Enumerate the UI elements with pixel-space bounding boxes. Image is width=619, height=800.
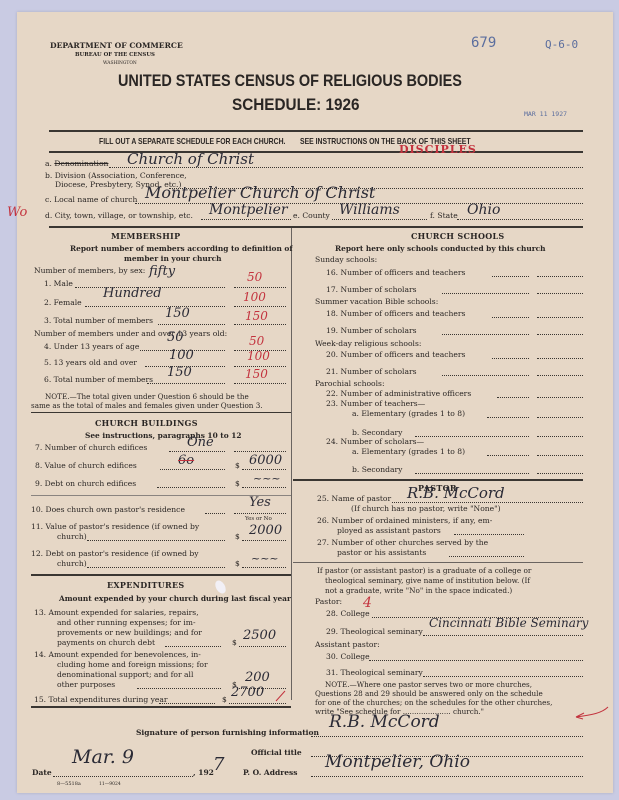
year-prefix: , 192 (193, 768, 214, 777)
q24a-field[interactable] (487, 455, 529, 456)
q27-label: 27. Number of other churches served by t… (317, 538, 488, 547)
total-checked: 150 (245, 309, 268, 323)
field-line (242, 487, 286, 488)
edifice-value-struck: 6o (178, 453, 194, 468)
q17-label: 17. Number of scholars (326, 285, 417, 294)
q25-label: 25. Name of pastor (317, 494, 391, 503)
field-line (229, 703, 286, 704)
q24a-label: a. Elementary (grades 1 to 8) (352, 447, 465, 456)
currency-sign: $ (235, 479, 240, 488)
q21-field-2[interactable] (537, 375, 583, 376)
field-line (87, 540, 225, 541)
q29-label: 29. Theological seminary (326, 627, 423, 636)
pastor-note-2: Questions 28 and 29 should be answered o… (315, 689, 543, 698)
q17-field[interactable] (442, 293, 529, 294)
city-value[interactable]: Montpelier (209, 202, 288, 218)
field-line (234, 324, 286, 325)
female-checked: 100 (243, 290, 266, 304)
row-label: church) (57, 532, 87, 541)
currency-sign: $ (235, 461, 240, 470)
expenditures-heading: EXPENDITURES (107, 580, 184, 590)
by-sex-label: Number of members, by sex: (34, 266, 145, 275)
field-line (234, 451, 286, 452)
row-label: denominational support; and for all (57, 670, 193, 679)
total-written[interactable]: 150 (165, 306, 190, 321)
edifice-debt-value[interactable]: ~~~ (253, 472, 281, 485)
q24-label: 24. Number of scholars— (326, 437, 424, 446)
row-label: 3. Total number of members (44, 316, 153, 325)
row-label: 7. Number of church edifices (35, 443, 147, 452)
summer-schools-label: Summer vacation Bible schools: (315, 297, 438, 306)
county-value[interactable]: Williams (339, 202, 400, 218)
form-number: 8—5518a (57, 781, 81, 787)
field-line (53, 776, 193, 777)
q21-field[interactable] (442, 375, 529, 376)
total-members-checked: 150 (245, 367, 268, 381)
graduate-instructions: If pastor (or assistant pastor) is a gra… (317, 566, 531, 575)
date-value[interactable]: Mar. 9 (72, 746, 134, 768)
q28-red-mark: 4 (363, 595, 372, 611)
field-line (169, 451, 225, 452)
field-line (234, 383, 286, 384)
margin-mark: Wo (7, 205, 27, 220)
serial-number: 679 (471, 35, 496, 51)
row-label: provements or new buildings; and for (57, 628, 202, 637)
q27-field[interactable] (449, 556, 524, 557)
row-label: church) (57, 559, 87, 568)
over-13-written[interactable]: 100 (169, 348, 194, 363)
field-line (242, 469, 286, 470)
q19-field-2[interactable] (537, 334, 583, 335)
currency-sign: $ (235, 532, 240, 541)
schedule-title: SCHEDULE: 1926 (232, 95, 360, 115)
q24b-label: b. Secondary (352, 465, 402, 474)
q31-label: 31. Theological seminary (326, 668, 423, 677)
state-value[interactable]: Ohio (467, 202, 500, 218)
graduate-instructions-2: theological seminary, give name of insti… (325, 576, 530, 585)
po-address-value[interactable]: Montpelier, Ohio (325, 752, 470, 772)
seminary-value[interactable]: Cincinnati Bible Seminary (429, 616, 588, 630)
divider (49, 130, 583, 132)
pastor-note-3: for one of the churches; on the schedule… (315, 698, 552, 707)
over-13-checked: 100 (247, 349, 270, 363)
graduate-instructions-3: not a graduate, write "No" in the space … (325, 586, 512, 595)
row-label: other purposes (57, 680, 115, 689)
male-written[interactable]: fifty (149, 264, 175, 279)
red-arrow-icon (572, 705, 612, 721)
q26-field[interactable] (454, 534, 524, 535)
membership-subtitle-2: member in your church (124, 254, 222, 263)
field-line (457, 219, 583, 220)
column-divider (291, 228, 292, 700)
residence-debt-value[interactable]: ~~~ (251, 552, 279, 565)
red-check-icon (275, 689, 287, 703)
field-line (332, 219, 427, 220)
red-annotation-stamp: DISCIPLES (399, 143, 477, 156)
membership-heading: MEMBERSHIP (111, 231, 180, 241)
official-title-label: Official title (251, 748, 302, 757)
field-line (87, 567, 225, 568)
q20-field-2[interactable] (537, 358, 583, 359)
q24a-field-2[interactable] (537, 455, 583, 456)
total-members-written[interactable]: 150 (167, 365, 192, 380)
row-label: 6. Total number of members (44, 375, 153, 384)
under-13-written[interactable]: 50 (167, 330, 184, 345)
local-name-label: c. Local name of church (45, 195, 137, 204)
field-line (242, 567, 286, 568)
q17-field-2[interactable] (537, 293, 583, 294)
residence-value[interactable]: 2000 (249, 523, 282, 538)
pastor-subheading: Pastor: (315, 597, 342, 606)
field-line (311, 776, 583, 777)
male-checked: 50 (247, 270, 262, 284)
q23a-field-2[interactable] (537, 417, 583, 418)
schools-subtitle: Report here only schools conducted by th… (335, 244, 546, 253)
row-label: 1. Male (44, 279, 73, 288)
currency-sign: $ (235, 559, 240, 568)
q26-label: 26. Number of ordained ministers, if any… (317, 516, 492, 525)
q24b-field[interactable] (415, 473, 529, 474)
state-label: f. State (430, 211, 458, 220)
q27-label-2: pastor or his assistants (337, 548, 426, 557)
expenditures-subtitle: Amount expended by your church during la… (59, 594, 291, 603)
q26-label-2: ployed as assistant pastors (337, 526, 441, 535)
q22-label: 22. Number of administrative officers (326, 389, 471, 398)
sunday-schools-label: Sunday schools: (315, 255, 377, 264)
field-line (234, 287, 286, 288)
q16-field-2[interactable] (537, 276, 583, 277)
city-label: d. City, town, village, or township, etc… (45, 211, 193, 220)
form-code: Q-6-0 (545, 38, 578, 51)
q21-label: 21. Number of scholars (326, 367, 417, 376)
q23b-field-2[interactable] (537, 436, 583, 437)
q20-field[interactable] (492, 358, 529, 359)
local-name-value[interactable]: Montpelier Church of Christ (145, 183, 375, 202)
membership-subtitle: Report number of members according to de… (70, 244, 293, 253)
row-label: 15. Total expenditures during year (34, 695, 168, 704)
field-line (85, 306, 225, 307)
q18-field[interactable] (492, 317, 529, 318)
q24b-field-2[interactable] (537, 473, 583, 474)
q18-field-2[interactable] (537, 317, 583, 318)
q25-hint: (If church has no pastor, write "None") (351, 504, 501, 513)
divider (31, 706, 291, 708)
field-line (201, 219, 291, 220)
row-label: and other running expenses; for im- (57, 618, 196, 627)
row-label: 10. Does church own pastor's residence (31, 505, 185, 514)
census-form-sheet: DEPARTMENT OF COMMERCE BUREAU OF THE CEN… (17, 12, 613, 793)
year-value[interactable]: 7 (213, 754, 224, 775)
county-label: e. County (293, 211, 330, 220)
q22-field[interactable] (497, 397, 529, 398)
q31-field[interactable] (423, 676, 583, 677)
divider (31, 574, 291, 576)
row-label: 2. Female (44, 298, 82, 307)
row-label: 13. Amount expended for salaries, repair… (34, 608, 199, 617)
pastor-note: NOTE.—Where one pastor serves two or mor… (325, 680, 532, 689)
under-13-checked: 50 (249, 334, 264, 348)
date-label: Date (32, 768, 52, 777)
owns-residence-value[interactable]: Yes (249, 495, 271, 510)
row-label: 8. Value of church edifices (35, 461, 137, 470)
bureau-label: BUREAU OF THE CENSUS (75, 52, 155, 58)
q30-field[interactable] (369, 660, 583, 661)
q19-field[interactable] (442, 334, 529, 335)
age-label: Number of members under and over 13 year… (34, 329, 227, 338)
parochial-schools-label: Parochial schools: (315, 379, 385, 388)
running-expenses-value[interactable]: 2500 (243, 628, 276, 643)
row-label: 12. Debt on pastor's residence (if owned… (31, 549, 199, 558)
total-expenditures-value[interactable]: 2700 (231, 685, 264, 700)
divider (49, 226, 583, 228)
paper-hole (213, 579, 228, 596)
field-line (160, 469, 225, 470)
field-line (242, 540, 286, 541)
field-line (159, 703, 215, 704)
form-title: UNITED STATES CENSUS OF RELIGIOUS BODIES (118, 71, 462, 91)
row-label: 14. Amount expended for benevolences, in… (34, 650, 201, 659)
yes-no-hint: Yes or No (245, 516, 272, 522)
benevolences-value[interactable]: 200 (245, 670, 270, 685)
row-label: 5. 13 years old and over (44, 358, 137, 367)
department-label: DEPARTMENT OF COMMERCE (50, 41, 183, 50)
print-number: 11—9024 (99, 782, 121, 787)
divider (293, 562, 583, 563)
q23a-field[interactable] (487, 417, 529, 418)
row-label: 9. Debt on church edifices (35, 479, 136, 488)
divider (31, 412, 291, 413)
female-written[interactable]: Hundred (103, 286, 162, 301)
field-line (234, 306, 286, 307)
currency-sign: $ (222, 695, 227, 704)
po-address-label: P. O. Address (243, 768, 297, 777)
edifices-count-value[interactable]: One (187, 435, 214, 450)
field-line (165, 646, 221, 647)
instruction-left: FILL OUT A SEPARATE SCHEDULE FOR EACH CH… (99, 136, 285, 146)
denomination-label: a. Denomination (45, 159, 108, 168)
q23b-field[interactable] (415, 436, 529, 437)
q16-field[interactable] (492, 276, 529, 277)
membership-note-2: same as the total of males and females g… (31, 401, 263, 410)
row-label: 11. Value of pastor's residence (if owne… (31, 522, 199, 531)
field-line (234, 513, 286, 514)
assistant-pastor-subheading: Assistant pastor: (315, 640, 380, 649)
denomination-value[interactable]: Church of Christ (127, 150, 254, 168)
division-label: b. Division (Association, Conference, (45, 171, 187, 180)
pastor-name-value[interactable]: R.B. McCord (407, 484, 505, 502)
signature-value[interactable]: R.B. McCord (329, 712, 440, 732)
currency-sign: $ (232, 638, 237, 647)
q16-label: 16. Number of officers and teachers (326, 268, 465, 277)
field-line (392, 502, 583, 503)
membership-note: NOTE.—The total given under Question 6 s… (45, 392, 249, 401)
row-label: 4. Under 13 years of age (44, 342, 139, 351)
received-date-stamp: MAR 11 1927 (524, 110, 567, 118)
q22-field-2[interactable] (537, 397, 583, 398)
row-label: payments on church debt (57, 638, 155, 647)
q18-label: 18. Number of officers and teachers (326, 309, 465, 318)
signature-label: Signature of person furnishing informati… (136, 728, 319, 737)
field-line (147, 383, 225, 384)
q23-label: 23. Number of teachers— (326, 399, 425, 408)
buildings-subtitle: See instructions, paragraphs 10 to 12 (85, 431, 242, 440)
buildings-heading: CHURCH BUILDINGS (95, 418, 198, 428)
field-line (239, 646, 286, 647)
row-label: cluding home and foreign missions; for (57, 660, 208, 669)
edifice-value[interactable]: 6000 (249, 453, 282, 468)
field-line (423, 635, 583, 636)
field-line (205, 513, 225, 514)
weekday-schools-label: Week-day religious schools: (315, 339, 421, 348)
field-line (158, 324, 225, 325)
divider (293, 479, 583, 481)
schools-heading: CHURCH SCHOOLS (411, 231, 505, 241)
q20-label: 20. Number of officers and teachers (326, 350, 465, 359)
q30-label: 30. College (326, 652, 370, 661)
field-line (157, 487, 225, 488)
field-line (137, 688, 221, 689)
q23a-label: a. Elementary (grades 1 to 8) (352, 409, 465, 418)
city-label: WASHINGTON (103, 61, 137, 66)
field-line (311, 736, 583, 737)
q23b-label: b. Secondary (352, 428, 402, 437)
q19-label: 19. Number of scholars (326, 326, 417, 335)
